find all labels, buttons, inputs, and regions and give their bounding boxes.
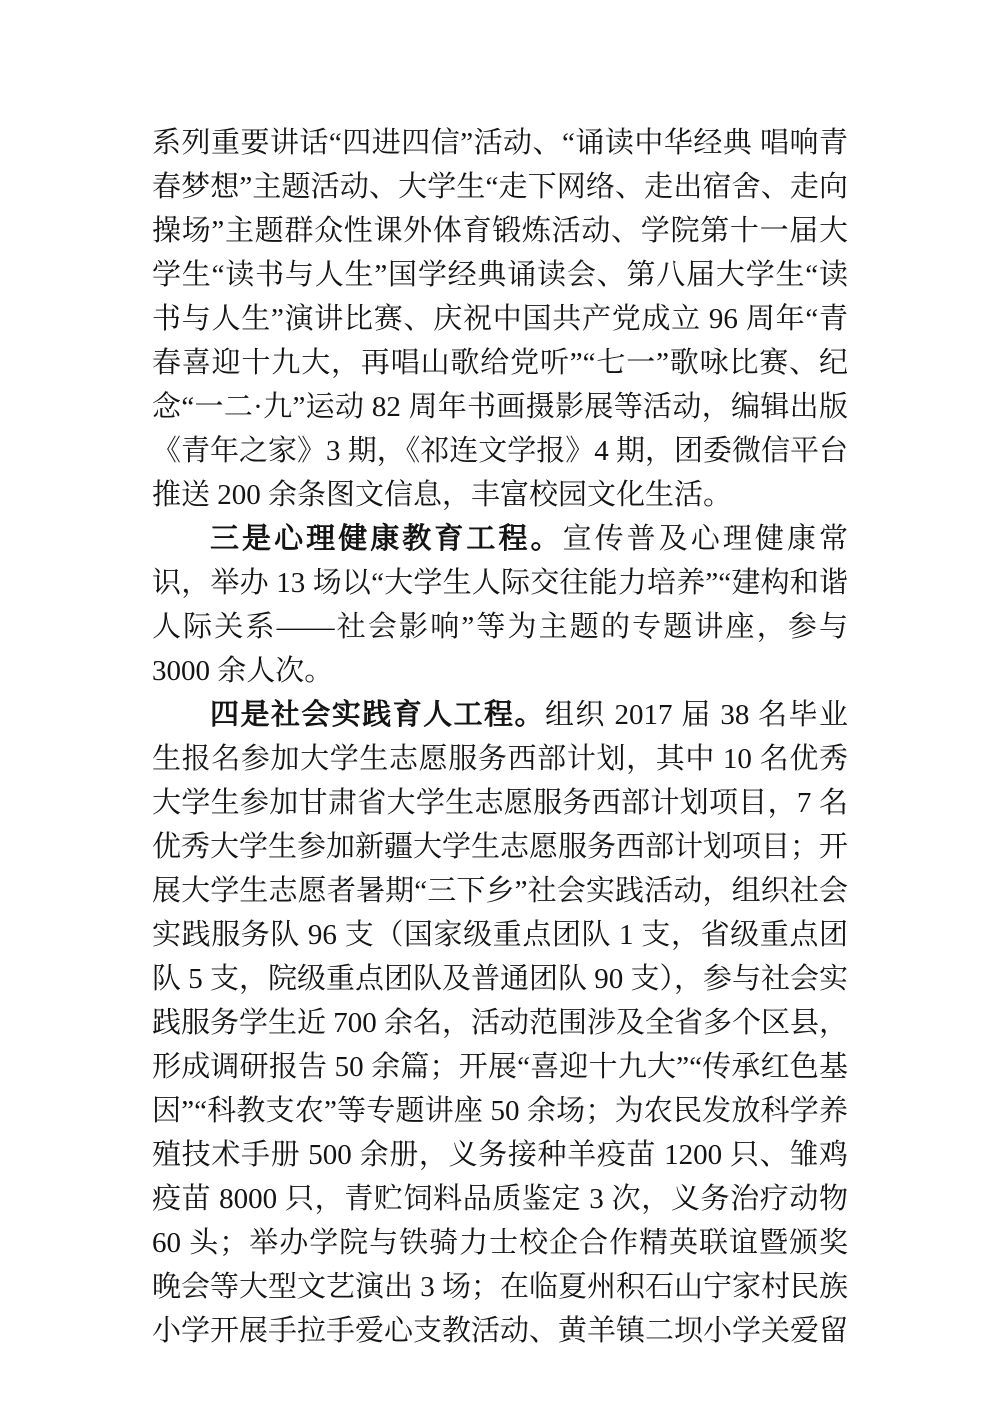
paragraph-text: 组织 2017 届 38 名毕业生报名参加大学生志愿服务西部计划，其中 10 名…: [152, 699, 848, 1347]
paragraph-text: 系列重要讲话“四进四信”活动、“诵读中华经典 唱响青春梦想”主题活动、大学生“走…: [152, 127, 848, 511]
paragraph-social-practice: 四是社会实践育人工程。组织 2017 届 38 名毕业生报名参加大学生志愿服务西…: [152, 693, 848, 1353]
document-text-block: 系列重要讲话“四进四信”活动、“诵读中华经典 唱响青春梦想”主题活动、大学生“走…: [152, 121, 848, 1353]
paragraph-lead: 四是社会实践育人工程。: [210, 699, 545, 731]
paragraph-lead: 三是心理健康教育工程。: [210, 523, 563, 555]
paragraph-mental-health: 三是心理健康教育工程。宣传普及心理健康常识，举办 13 场以“大学生人际交往能力…: [152, 517, 848, 693]
document-page: 系列重要讲话“四进四信”活动、“诵读中华经典 唱响青春梦想”主题活动、大学生“走…: [0, 0, 1000, 1414]
paragraph-continuation: 系列重要讲话“四进四信”活动、“诵读中华经典 唱响青春梦想”主题活动、大学生“走…: [152, 121, 848, 517]
